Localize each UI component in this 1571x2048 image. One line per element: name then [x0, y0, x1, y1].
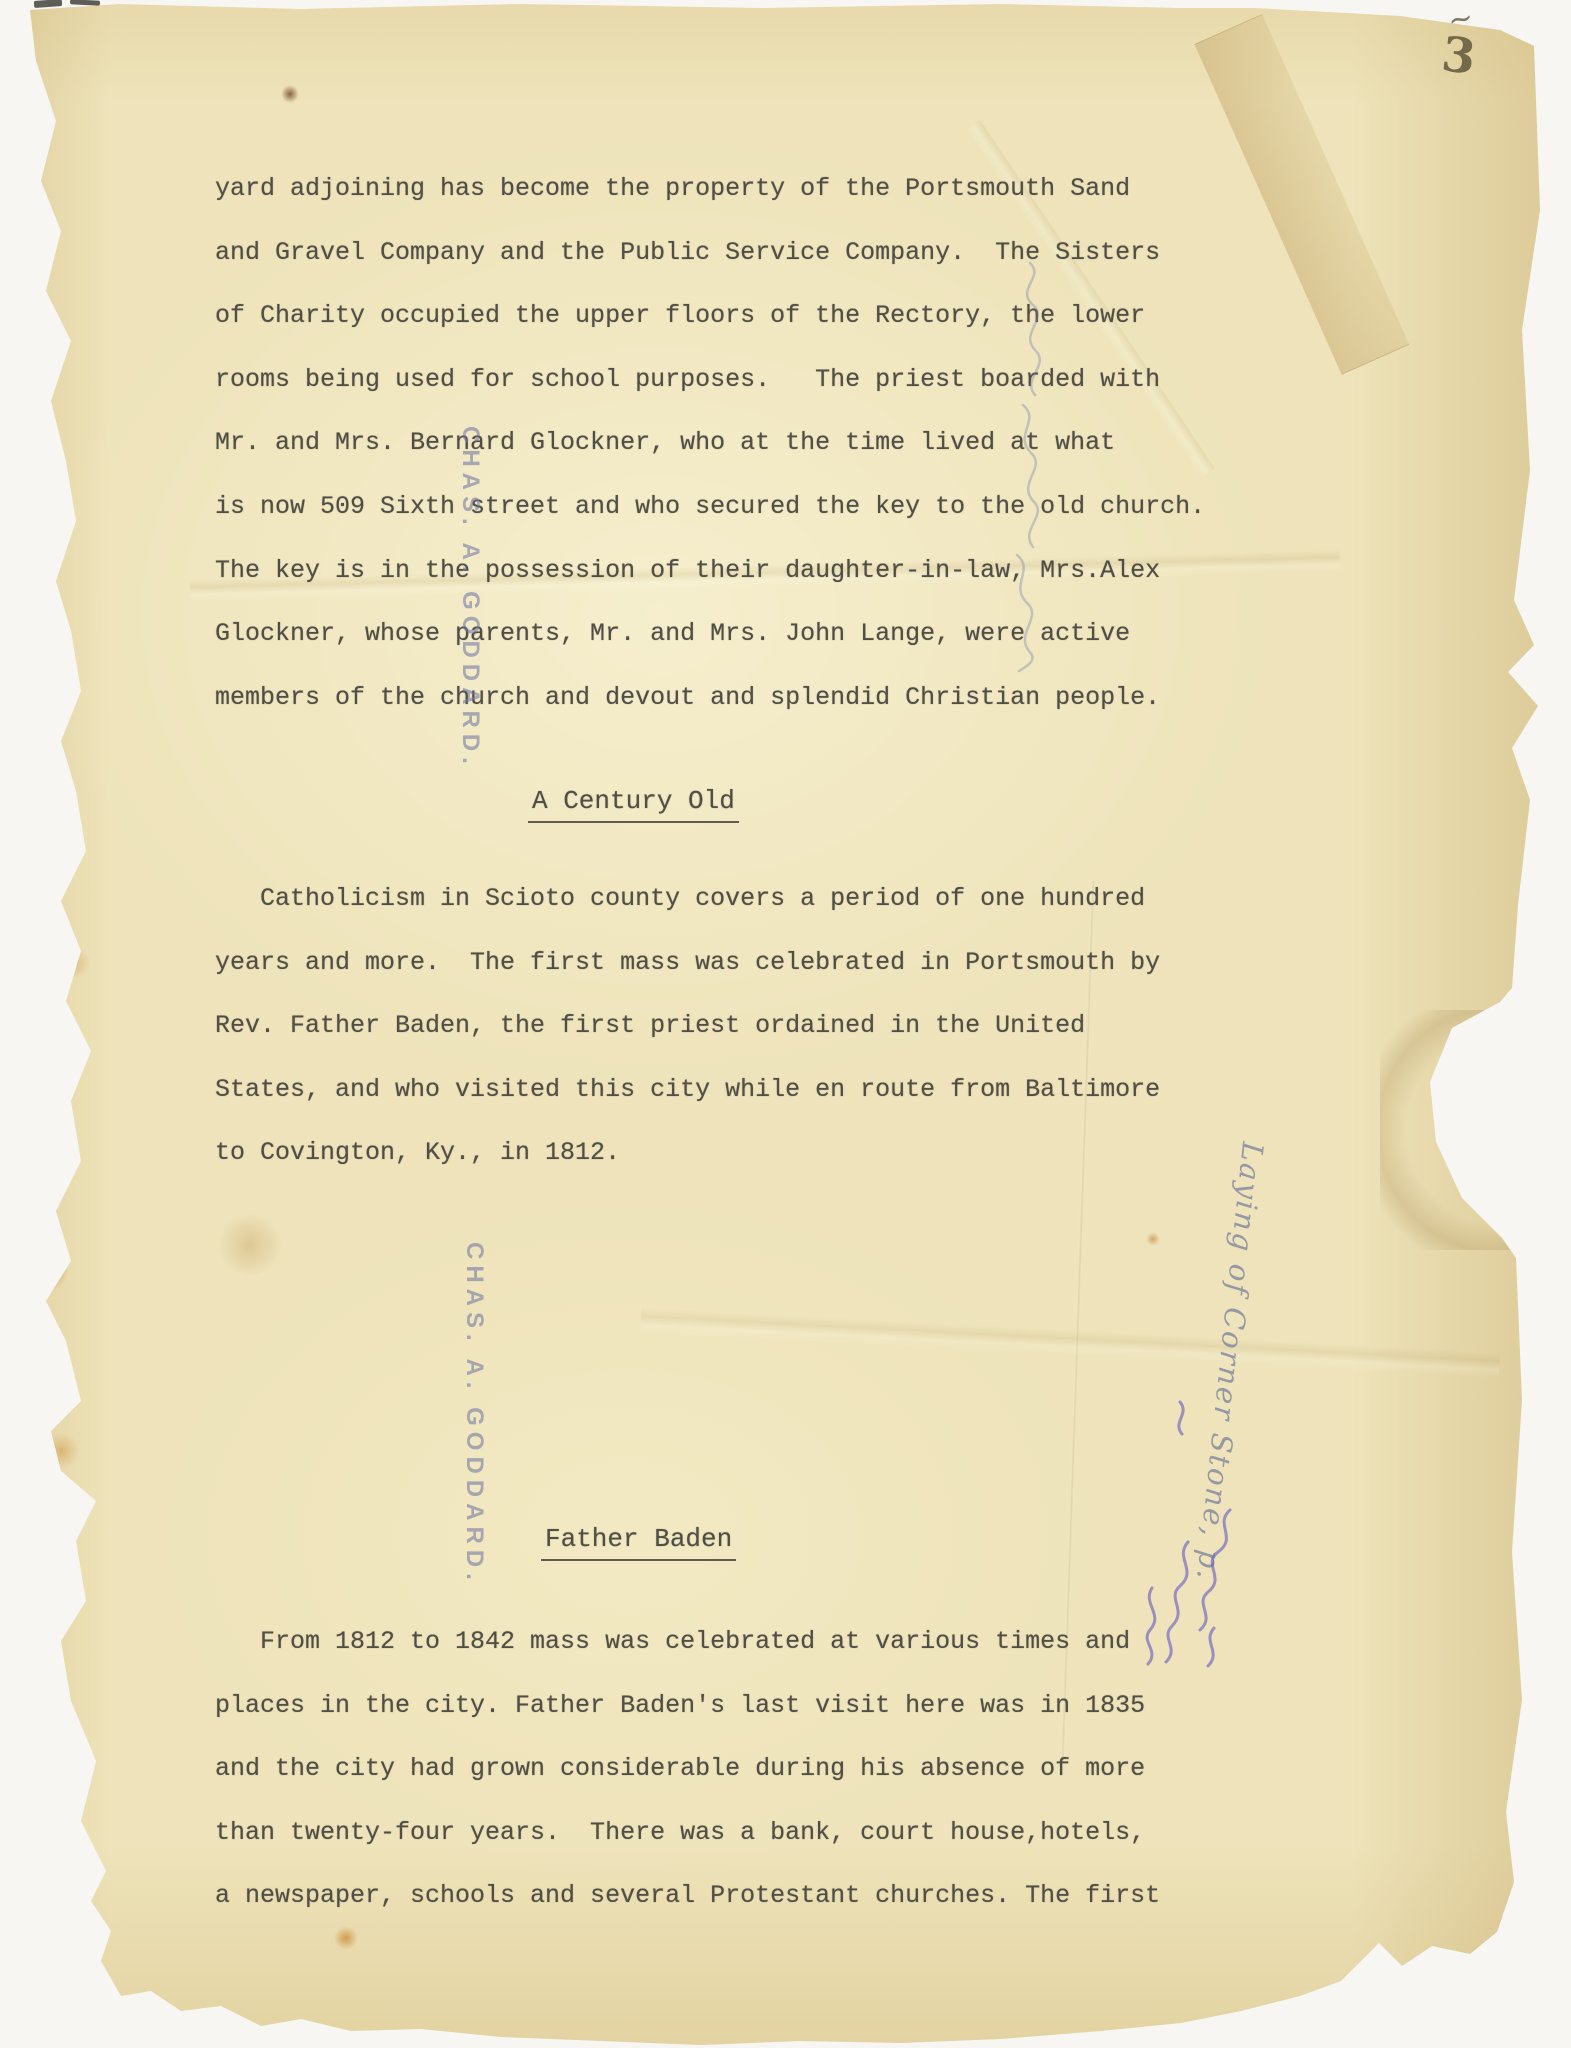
stain: [215, 1215, 285, 1275]
typewritten-line: Catholicism in Scioto county covers a pe…: [215, 867, 1160, 931]
purple-ink-scribble: [1118, 1392, 1278, 1682]
stain: [1146, 1232, 1160, 1246]
typewritten-line: States, and who visited this city while …: [215, 1058, 1160, 1122]
page-number: 3: [1439, 26, 1479, 86]
typewritten-line: a newspaper, schools and several Protest…: [215, 1864, 1160, 1928]
typewritten-line: and the city had grown considerable duri…: [215, 1737, 1160, 1801]
torn-hole-shading: [1380, 1010, 1550, 1250]
owner-stamp: CHAS. A. GODDARD.: [456, 426, 484, 770]
paragraph-century: Catholicism in Scioto county covers a pe…: [215, 867, 1160, 1185]
owner-stamp: CHAS. A. GODDARD.: [460, 1242, 488, 1586]
scanned-document-page: yard adjoining has become the property o…: [0, 0, 1571, 2048]
stain: [282, 84, 298, 104]
typewritten-line: From 1812 to 1842 mass was celebrated at…: [215, 1610, 1160, 1674]
tape-strip: [1194, 14, 1409, 375]
paragraph-father-baden: From 1812 to 1842 mass was celebrated at…: [215, 1610, 1160, 1928]
edge-smudge: [70, 0, 100, 6]
stain: [60, 946, 90, 980]
typewritten-line: places in the city. Father Baden's last …: [215, 1674, 1160, 1738]
typewritten-line: Rev. Father Baden, the first priest orda…: [215, 994, 1160, 1058]
paper-crease: [640, 1308, 1500, 1379]
section-heading-father-baden: Father Baden: [541, 1524, 736, 1561]
paper-sheet: yard adjoining has become the property o…: [0, 0, 1571, 2048]
typewritten-line: to Covington, Ky., in 1812.: [215, 1121, 1160, 1185]
typewritten-line: yard adjoining has become the property o…: [215, 157, 1205, 221]
section-heading-a-century-old: A Century Old: [528, 786, 739, 823]
stain: [28, 1248, 68, 1292]
typewritten-line: than twenty-four years. There was a bank…: [215, 1801, 1160, 1865]
typewritten-line: years and more. The first mass was celeb…: [215, 931, 1160, 995]
stain: [44, 1432, 78, 1470]
faint-cursive-note: [975, 255, 1085, 675]
stain: [334, 1926, 358, 1950]
typewritten-line: members of the church and devout and spl…: [215, 666, 1205, 730]
edge-smudge: [34, 0, 62, 8]
